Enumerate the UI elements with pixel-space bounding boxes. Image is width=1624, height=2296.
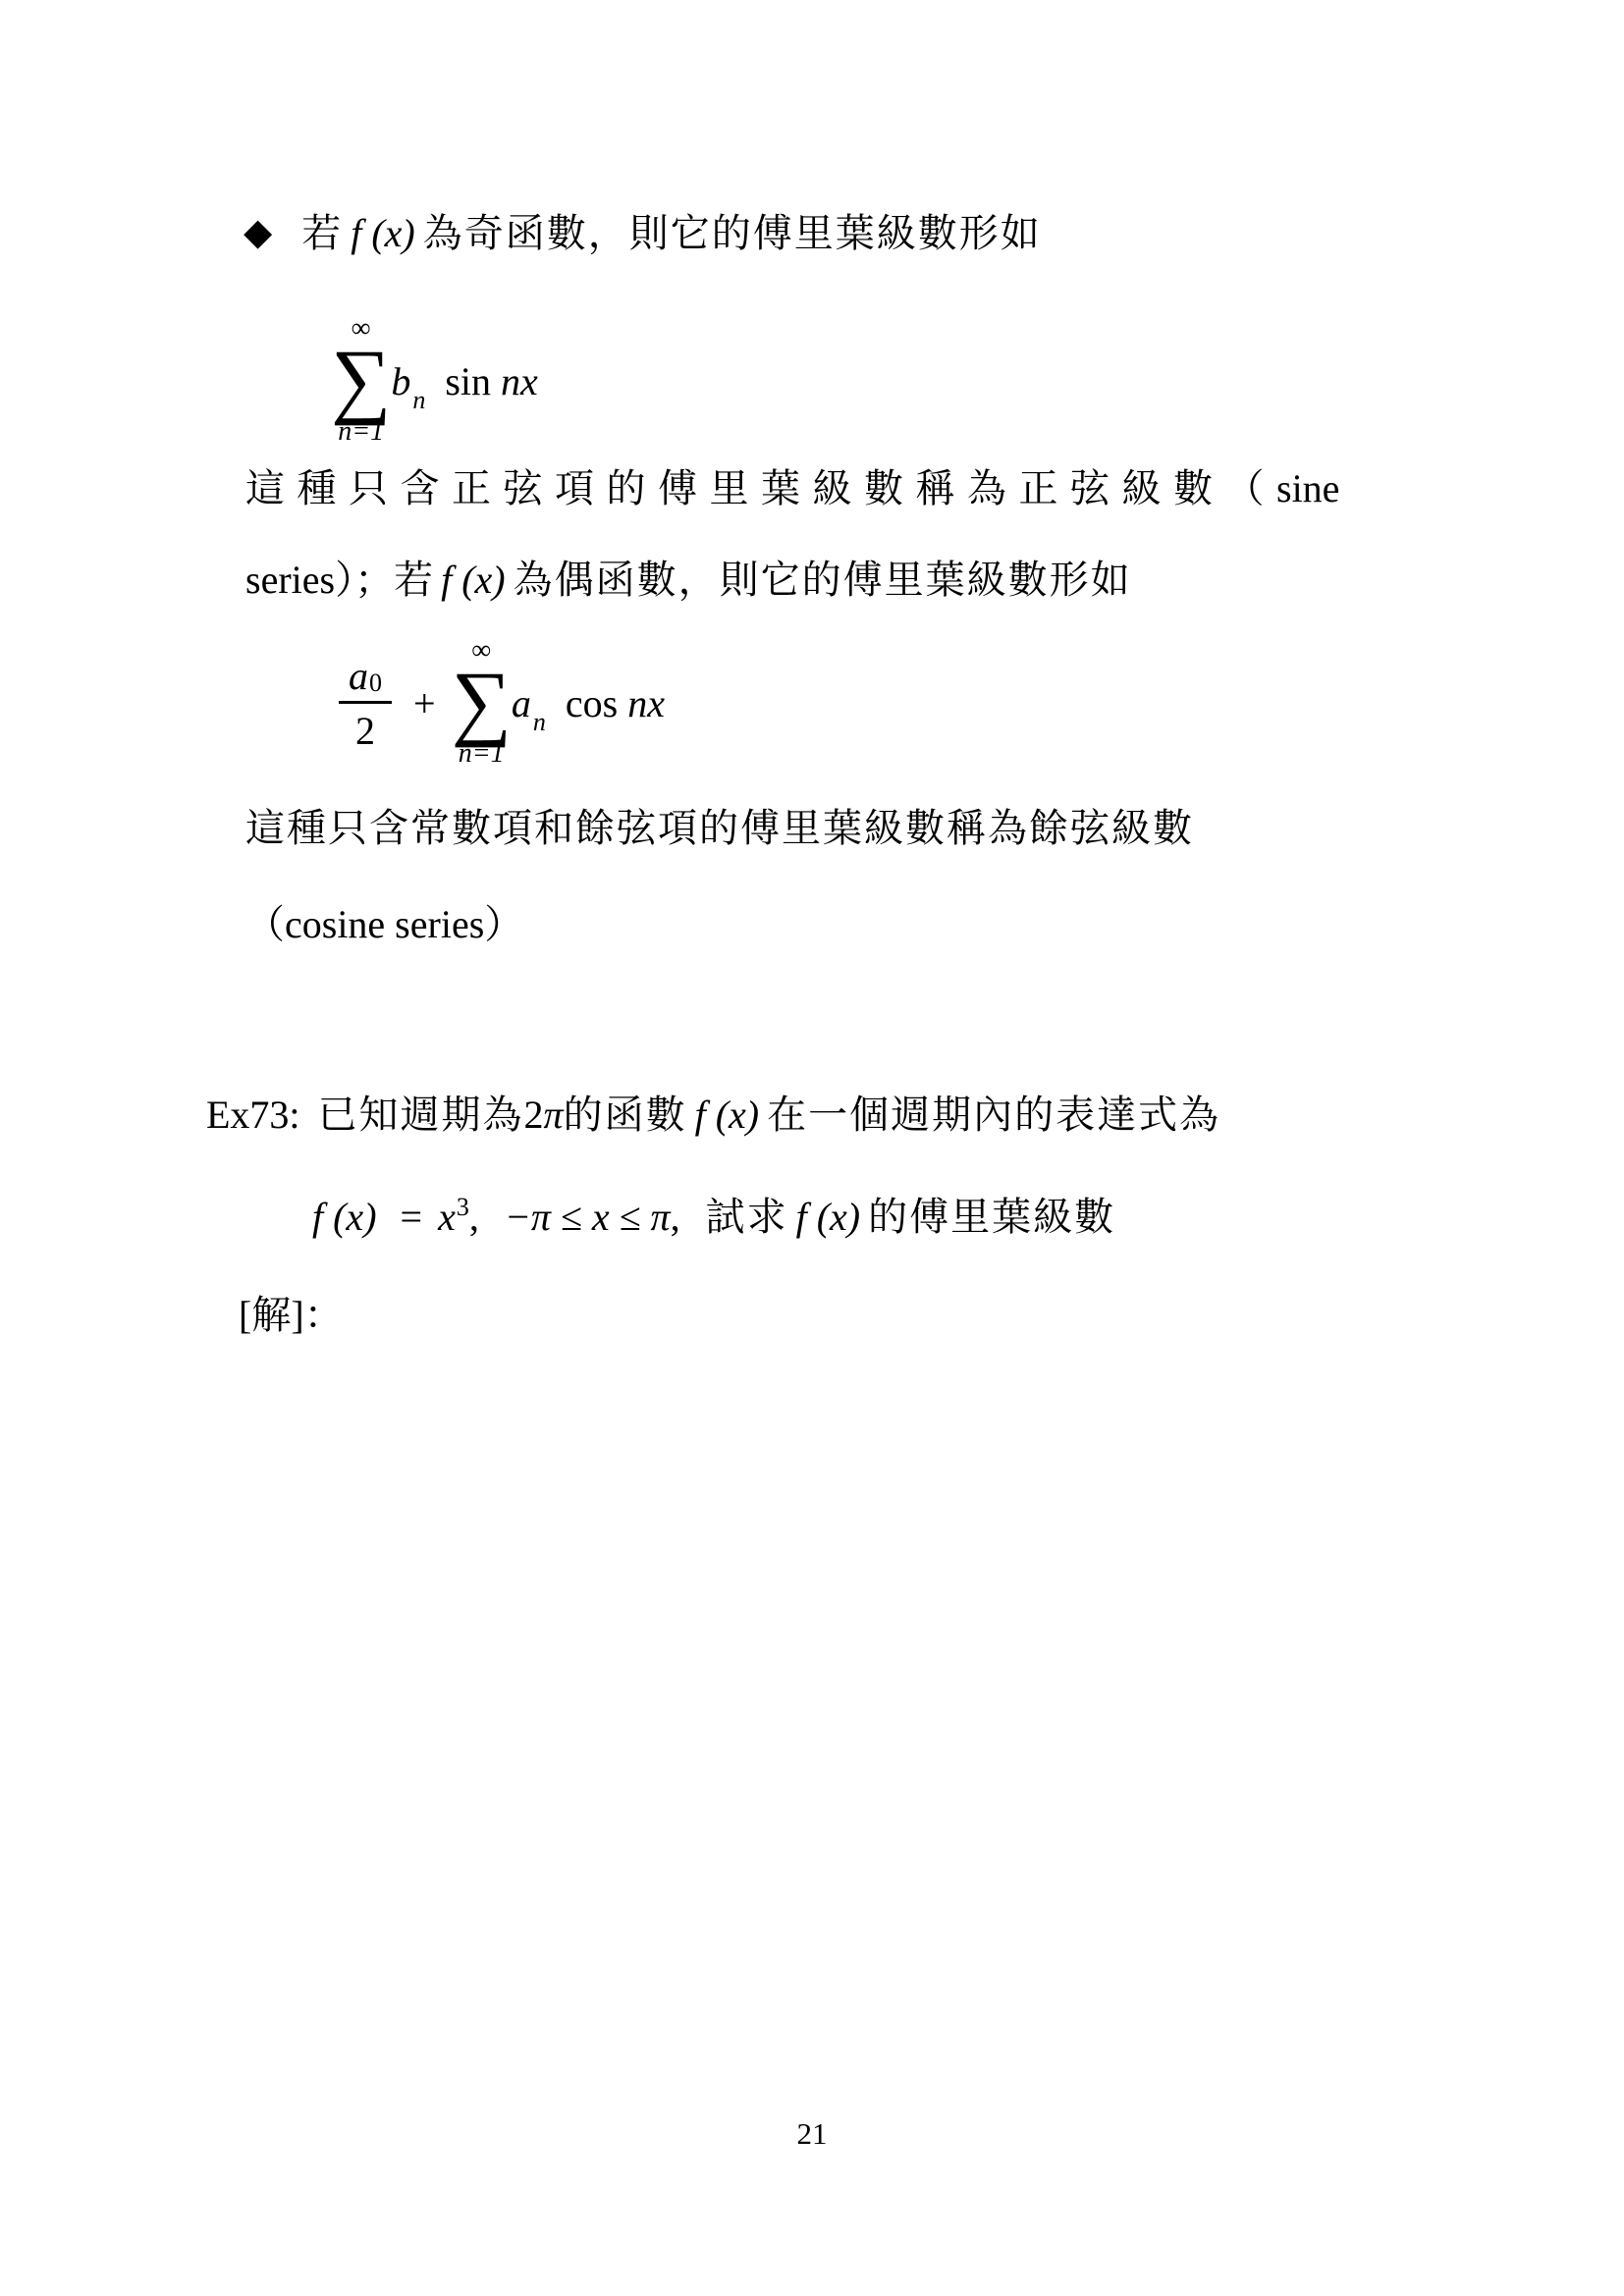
- example-text-2: 的函數: [564, 1093, 687, 1137]
- cosine-series-formula: a 0 2 + ∞ ∑ n=1 a n cos nx: [339, 636, 665, 770]
- diamond-bullet-icon: ◆: [244, 212, 272, 253]
- period-coefficient: 2: [524, 1093, 544, 1137]
- pi-symbol: π: [544, 1093, 564, 1137]
- even-function-text: 為偶函數，則它的傅里葉級數形如: [514, 558, 1132, 602]
- equals-sign: =: [401, 1195, 423, 1239]
- summation-lower-limit: n=1: [459, 739, 505, 770]
- fx-notation: f (x): [687, 1093, 768, 1137]
- sigma-symbol: ∑: [452, 667, 512, 736]
- x-variable: x: [438, 1195, 456, 1239]
- bullet-item: ◆若f (x)為奇函數，則它的傅里葉級數形如: [244, 210, 1042, 257]
- comma: ,: [671, 1195, 680, 1239]
- fx-notation: f (x): [433, 558, 514, 602]
- coefficient-a0-subscript: 0: [369, 668, 382, 715]
- sigma-symbol: ∑: [331, 345, 391, 414]
- example-text-1: 已知週期為: [318, 1093, 524, 1137]
- example-number-label: Ex73:: [206, 1093, 300, 1137]
- example-text-3: 在一個週期內的表達式為: [767, 1093, 1220, 1137]
- example-73-statement: Ex73:已知週期為2π的函數f (x)在一個週期內的表達式為: [206, 1092, 1220, 1139]
- cos-function-name: cos: [566, 680, 618, 726]
- bullet-text-pre: 若: [301, 211, 343, 255]
- sine-paragraph-line2: series）；若f (x)為偶函數，則它的傅里葉級數形如: [245, 557, 1132, 604]
- document-page: ◆若f (x)為奇函數，則它的傅里葉級數形如 ∞ ∑ n=1 b n sin n…: [0, 0, 1624, 2296]
- coefficient-a-subscript: n: [533, 708, 546, 737]
- bullet-text-post: 為奇函數，則它的傅里葉級數形如: [423, 211, 1042, 255]
- domain-expression: −π ≤ x ≤ π: [505, 1195, 671, 1239]
- coefficient-b: b: [391, 358, 410, 404]
- cosine-paragraph-line2: （cosine series）: [245, 901, 523, 948]
- sine-paragraph-line1: 這種只含正弦項的傅里葉級數稱為正弦級數（sine: [245, 465, 1339, 512]
- ask-text: 試求: [706, 1195, 788, 1239]
- cosine-paragraph-line1: 這種只含常數項和餘弦項的傅里葉級數稱為餘弦級數: [245, 805, 1194, 852]
- summation-operator: ∞ ∑ n=1: [331, 314, 391, 448]
- page-number: 21: [0, 2116, 1624, 2152]
- fx-notation: f (x): [343, 211, 423, 255]
- a0-over-2-fraction: a 0 2: [339, 653, 392, 754]
- coefficient-a0: a: [349, 653, 368, 699]
- coefficient-a: a: [512, 680, 531, 726]
- example-73-formula: f (x)=x3,−π ≤ x ≤ π,試求f (x)的傅里葉級數: [304, 1192, 1115, 1241]
- sine-series-formula: ∞ ∑ n=1 b n sin nx: [331, 314, 538, 448]
- fourier-series-text: 的傅里葉級數: [868, 1195, 1115, 1239]
- sine-paragraph-latin: sine: [1276, 466, 1339, 510]
- summation-operator: ∞ ∑ n=1: [452, 636, 512, 770]
- solution-marker: [解]：: [239, 1292, 344, 1339]
- fx-notation: f (x): [788, 1195, 869, 1239]
- fx-notation: f (x): [304, 1195, 385, 1239]
- cosine-paragraph-text: 這種只含常數項和餘弦項的傅里葉級數稱為餘弦級數: [245, 806, 1194, 850]
- comma: ,: [469, 1195, 479, 1239]
- fraction-numerator: a 0: [339, 653, 392, 701]
- sine-paragraph-cjk: 這種只含正弦項的傅里葉級數稱為正弦級數（: [245, 466, 1276, 510]
- cos-argument: nx: [627, 680, 665, 726]
- sin-argument: nx: [501, 358, 538, 404]
- plus-sign: +: [413, 680, 436, 726]
- cube-exponent: 3: [457, 1193, 469, 1221]
- cosine-series-label: （cosine series）: [245, 902, 523, 946]
- solution-label: [解]：: [239, 1293, 344, 1337]
- summation-lower-limit: n=1: [338, 417, 384, 448]
- sin-function-name: sin: [445, 358, 491, 404]
- series-label-text: series）；若: [245, 558, 433, 602]
- coefficient-b-subscript: n: [412, 386, 425, 415]
